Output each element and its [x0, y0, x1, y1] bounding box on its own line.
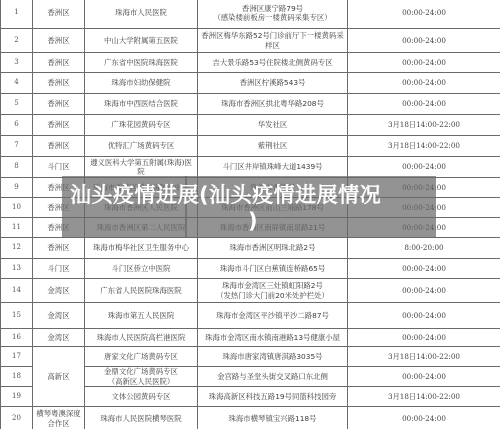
row-index: 14	[1, 279, 33, 303]
row-index: 10	[1, 198, 33, 218]
district-cell: 香洲区	[33, 136, 85, 157]
district-cell: 金湾区	[33, 279, 85, 303]
site-cell: 唐家文化广场黄码专区	[85, 347, 198, 367]
hours-cell: 3月18日14:00-22:00	[348, 115, 500, 136]
address-cell: 珠海市斗门区白蕉镇连桥路65号	[198, 259, 348, 279]
table-row: 2 香洲区 中山大学附属第五医院 香洲区梅华东路52号门诊前厅下一楼黄码采样区 …	[1, 29, 500, 53]
address-cell: 珠海市唐家湾镇唐淇路3035号	[198, 347, 348, 367]
hours-cell: 3月18日14:00-22:00	[348, 387, 500, 407]
district-cell: 香洲区	[33, 238, 85, 259]
table-row: 13 斗门区 斗门区侨立中医院 珠海市斗门区白蕉镇连桥路65号 00:00-24…	[1, 259, 500, 279]
site-cell: 优特汇广场黄码专区	[85, 136, 198, 157]
row-index: 4	[1, 73, 33, 94]
row-index: 5	[1, 94, 33, 115]
address-cell: 珠海市金湾区南水镇南港路13号健康小屋	[198, 329, 348, 347]
table-row: 15 金湾区 珠海市第五人民医院 珠海市金湾区平沙镇平沙二路87号 00:00-…	[1, 303, 500, 329]
hours-cell: 00:00-24:00	[348, 303, 500, 329]
site-cell: 珠海市人民医院	[85, 0, 198, 29]
address-cell: 金宫路与圣堂头街交叉路口东北侧	[198, 367, 348, 387]
site-cell: 珠海市梅华社区卫生服务中心	[85, 238, 198, 259]
district-cell: 金湾区	[33, 303, 85, 329]
district-cell: 高新区	[33, 347, 85, 407]
row-index: 16	[1, 329, 33, 347]
site-line: （高新区人民医院）	[87, 377, 195, 387]
site-cell: 珠海市人民医院高栏港医院	[85, 329, 198, 347]
row-index: 18	[1, 367, 33, 387]
table-row: 20 横琴粤澳深度合作区 珠海市人民医院横琴医院 珠海市横琴镇宝兴路118号 0…	[1, 407, 500, 429]
district-cell: 斗门区	[33, 259, 85, 279]
hours-cell: 00:00-24:00	[348, 53, 500, 73]
hours-cell: 00:00-24:00	[348, 73, 500, 94]
address-cell: 香洲区康宁路79号（感染楼前板房一楼黄码采集专区）	[198, 0, 348, 29]
district-cell: 香洲区	[33, 53, 85, 73]
table-row: 7 香洲区 优特汇广场黄码专区 紫荆社区 3月18日14:00-22:00	[1, 136, 500, 157]
table-row: 14 金湾区 广东省人民医院珠海医院 珠海市金湾区三灶镇虹阳路2号（发热门诊大门…	[1, 279, 500, 303]
site-cell: 广珠花园黄码专区	[85, 115, 198, 136]
address-cell: 珠海市香洲区拱北粤华路208号	[198, 94, 348, 115]
site-cell: 广东省中医院珠海医院	[85, 53, 198, 73]
address-line: （发热门诊大门前20米处护栏处）	[200, 291, 345, 301]
site-cell: 珠海市中西医结合医院	[85, 94, 198, 115]
site-cell: 中山大学附属第五医院	[85, 29, 198, 53]
district-cell: 香洲区	[33, 94, 85, 115]
hours-cell: 8:00-20:00	[348, 238, 500, 259]
row-index: 17	[1, 347, 33, 367]
table-row: 8 斗门区 遵义医科大学第五附属(珠海)医院 斗门区井岸镇珠峰大道1439号 0…	[1, 157, 500, 178]
row-index: 15	[1, 303, 33, 329]
district-cell: 香洲区	[33, 29, 85, 53]
hours-cell: 00:00-24:00	[348, 279, 500, 303]
site-cell: 珠海市人民医院横琴医院	[85, 407, 198, 429]
address-line: （感染楼前板房一楼黄码采集专区）	[200, 13, 345, 23]
address-cell: 吉大景乐路53号住院楼北侧黄码专区	[198, 53, 348, 73]
article-headline-overlay: 汕头疫情进展(汕头疫情进展情况 )	[70, 182, 430, 234]
row-index: 8	[1, 157, 33, 178]
headline-line-1: 汕头疫情进展(汕头疫情进展情况	[70, 183, 381, 207]
address-cell: 斗门区井岸镇珠峰大道1439号	[198, 157, 348, 178]
site-cell: 广东省人民医院珠海医院	[85, 279, 198, 303]
row-index: 13	[1, 259, 33, 279]
district-line: 合作区	[35, 419, 82, 429]
address-cell: 香洲区柠溪路543号	[198, 73, 348, 94]
row-index: 11	[1, 218, 33, 238]
site-cell: 遵义医科大学第五附属(珠海)医院	[85, 157, 198, 178]
hours-cell: 00:00-24:00	[348, 259, 500, 279]
hours-cell: 00:00-24:00	[348, 94, 500, 115]
table-row: 17 高新区 唐家文化广场黄码专区 珠海市唐家湾镇唐淇路3035号 3月18日1…	[1, 347, 500, 367]
site-cell: 文体公园黄码专区	[85, 387, 198, 407]
table-row: 16 金湾区 珠海市人民医院高栏港医院 珠海市金湾区南水镇南港路13号健康小屋 …	[1, 329, 500, 347]
hours-cell: 00:00-24:00	[348, 0, 500, 29]
district-line: 横琴粤澳深度	[35, 409, 82, 419]
row-index: 6	[1, 115, 33, 136]
row-index: 7	[1, 136, 33, 157]
site-cell: 珠海市妇幼保健院	[85, 73, 198, 94]
district-cell: 香洲区	[33, 0, 85, 29]
district-cell: 横琴粤澳深度合作区	[33, 407, 85, 429]
district-cell: 香洲区	[33, 115, 85, 136]
site-cell: 斗门区侨立中医院	[85, 259, 198, 279]
hours-cell: 00:00-24:00	[348, 29, 500, 53]
address-cell: 珠海市金湾区平沙镇平沙二路87号	[198, 303, 348, 329]
address-line: 珠海市金湾区三灶镇虹阳路2号	[200, 281, 345, 291]
address-cell: 华发社区	[198, 115, 348, 136]
row-index: 12	[1, 238, 33, 259]
table-row: 1 香洲区 珠海市人民医院 香洲区康宁路79号（感染楼前板房一楼黄码采集专区） …	[1, 0, 500, 29]
address-line: 样区	[200, 41, 345, 51]
address-line: 香洲区梅华东路52号门诊前厅下一楼黄码采	[200, 31, 345, 41]
address-cell: 珠海市横琴镇宝兴路118号	[198, 407, 348, 429]
headline-line-2: )	[70, 208, 430, 234]
row-index: 20	[1, 407, 33, 429]
hours-cell: 00:00-24:00	[348, 367, 500, 387]
hours-cell: 00:00-24:00	[348, 157, 500, 178]
address-cell: 珠海市金湾区三灶镇虹阳路2号（发热门诊大门前20米处护栏处）	[198, 279, 348, 303]
district-cell: 香洲区	[33, 73, 85, 94]
address-cell: 紫荆社区	[198, 136, 348, 157]
site-cell: 金鼎文化广场黄码专区（高新区人民医院）	[85, 367, 198, 387]
hours-cell: 00:00-24:00	[348, 329, 500, 347]
hours-cell: 3月18日14:00-22:00	[348, 347, 500, 367]
address-cell: 珠海高新区科技五路19号同篮科技园旁	[198, 387, 348, 407]
row-index: 3	[1, 53, 33, 73]
hours-cell: 00:00-24:00	[348, 407, 500, 429]
site-line: 金鼎文化广场黄码专区	[87, 367, 195, 377]
site-cell: 珠海市第五人民医院	[85, 303, 198, 329]
hours-cell: 3月18日14:00-22:00	[348, 136, 500, 157]
table-row: 3 香洲区 广东省中医院珠海医院 吉大景乐路53号住院楼北侧黄码专区 00:00…	[1, 53, 500, 73]
row-index: 19	[1, 387, 33, 407]
district-cell: 斗门区	[33, 157, 85, 178]
row-index: 2	[1, 29, 33, 53]
address-cell: 香洲区梅华东路52号门诊前厅下一楼黄码采样区	[198, 29, 348, 53]
table-row: 6 香洲区 广珠花园黄码专区 华发社区 3月18日14:00-22:00	[1, 115, 500, 136]
table-row: 4 香洲区 珠海市妇幼保健院 香洲区柠溪路543号 00:00-24:00	[1, 73, 500, 94]
row-index: 1	[1, 0, 33, 29]
table-row: 12 香洲区 珠海市梅华社区卫生服务中心 珠海市香洲区明珠北路2号 8:00-2…	[1, 238, 500, 259]
district-cell: 金湾区	[33, 329, 85, 347]
address-cell: 珠海市香洲区明珠北路2号	[198, 238, 348, 259]
address-line: 香洲区康宁路79号	[200, 4, 345, 14]
row-index: 9	[1, 178, 33, 198]
table-row: 5 香洲区 珠海市中西医结合医院 珠海市香洲区拱北粤华路208号 00:00-2…	[1, 94, 500, 115]
